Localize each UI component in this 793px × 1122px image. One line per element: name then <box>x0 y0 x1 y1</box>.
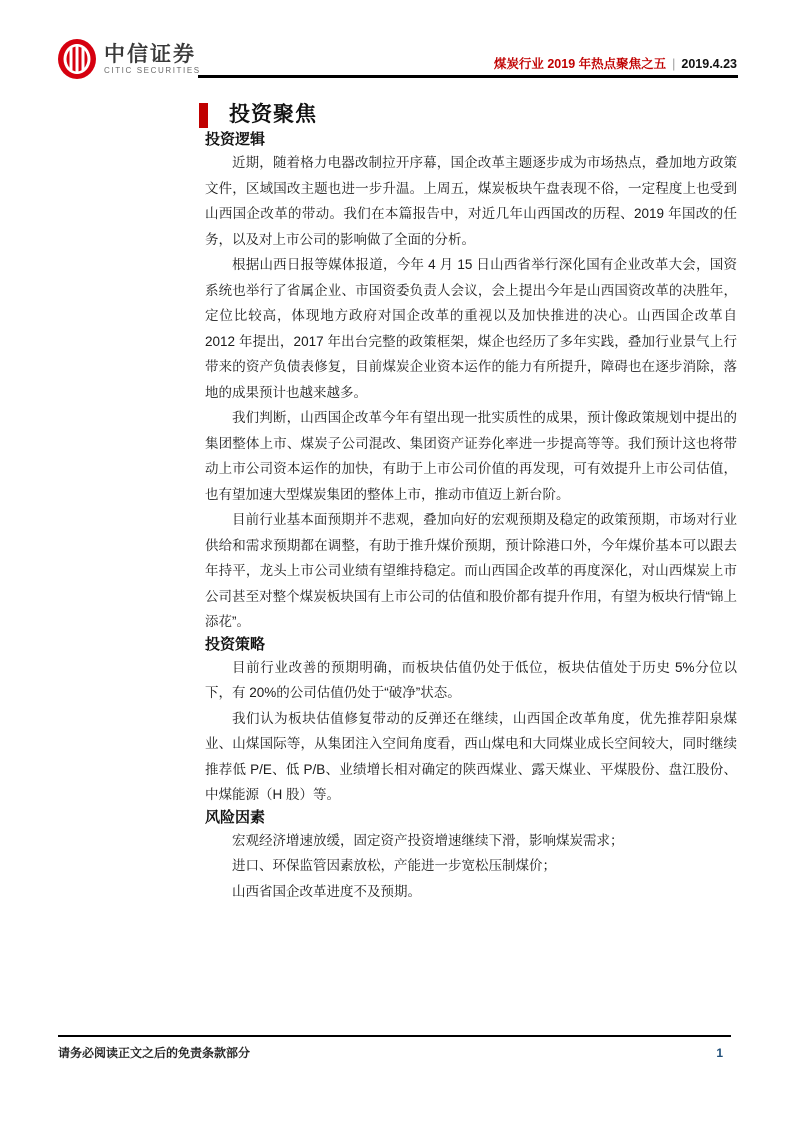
brand-name-en: CITIC SECURITIES <box>104 66 201 76</box>
page-number: 1 <box>716 1046 723 1060</box>
paragraph-logic-4: 目前行业基本面预期并不悲观，叠加向好的宏观预期及稳定的政策预期，市场对行业供给和… <box>205 507 737 635</box>
report-header-meta: 煤炭行业 2019 年热点聚焦之五|2019.4.23 <box>494 54 737 72</box>
report-date: 2019.4.23 <box>681 57 737 71</box>
header-divider <box>198 75 738 78</box>
citic-logo-icon <box>57 38 97 80</box>
brand-logo: 中信证券 CITIC SECURITIES <box>57 38 201 80</box>
section-heading-risk-factors: 风险因素 <box>205 808 737 828</box>
footer-divider <box>58 1035 731 1037</box>
page-title: 投资聚焦 <box>229 102 317 128</box>
paragraph-risk-2: 进口、环保监管因素放松，产能进一步宽松压制煤价； <box>205 853 737 879</box>
brand-name-cn: 中信证券 <box>104 43 201 66</box>
paragraph-logic-2: 根据山西日报等媒体报道，今年 4 月 15 日山西省举行深化国有企业改革大会，国… <box>205 252 737 405</box>
paragraph-risk-3: 山西省国企改革进度不及预期。 <box>205 879 737 905</box>
section-heading-investment-strategy: 投资策略 <box>205 635 737 655</box>
paragraph-strategy-2: 我们认为板块估值修复带动的反弹还在继续，山西国企改革角度，优先推荐阳泉煤业、山煤… <box>205 706 737 808</box>
title-accent-bar <box>199 103 208 128</box>
report-body: 投资聚焦 投资逻辑 近期，随着格力电器改制拉开序幕，国企改革主题逐步成为市场热点… <box>205 100 737 904</box>
report-page: 中信证券 CITIC SECURITIES 煤炭行业 2019 年热点聚焦之五|… <box>0 0 793 1122</box>
header-separator: | <box>666 57 681 71</box>
page-title-row: 投资聚焦 <box>199 100 737 130</box>
paragraph-logic-1: 近期，随着格力电器改制拉开序幕，国企改革主题逐步成为市场热点，叠加地方政策文件，… <box>205 150 737 252</box>
paragraph-strategy-1: 目前行业改善的预期明确，而板块估值仍处于低位，板块估值处于历史 5%分位以下，有… <box>205 655 737 706</box>
paragraph-risk-1: 宏观经济增速放缓，固定资产投资增速继续下滑，影响煤炭需求； <box>205 828 737 854</box>
footer-disclaimer: 请务必阅读正文之后的免责条款部分 <box>58 1044 250 1061</box>
footer: 请务必阅读正文之后的免责条款部分 1 <box>58 1044 731 1061</box>
report-series-title: 煤炭行业 2019 年热点聚焦之五 <box>494 57 666 71</box>
paragraph-logic-3: 我们判断，山西国企改革今年有望出现一批实质性的成果，预计像政策规划中提出的集团整… <box>205 405 737 507</box>
section-heading-investment-logic: 投资逻辑 <box>205 130 737 150</box>
brand-text: 中信证券 CITIC SECURITIES <box>104 43 201 76</box>
